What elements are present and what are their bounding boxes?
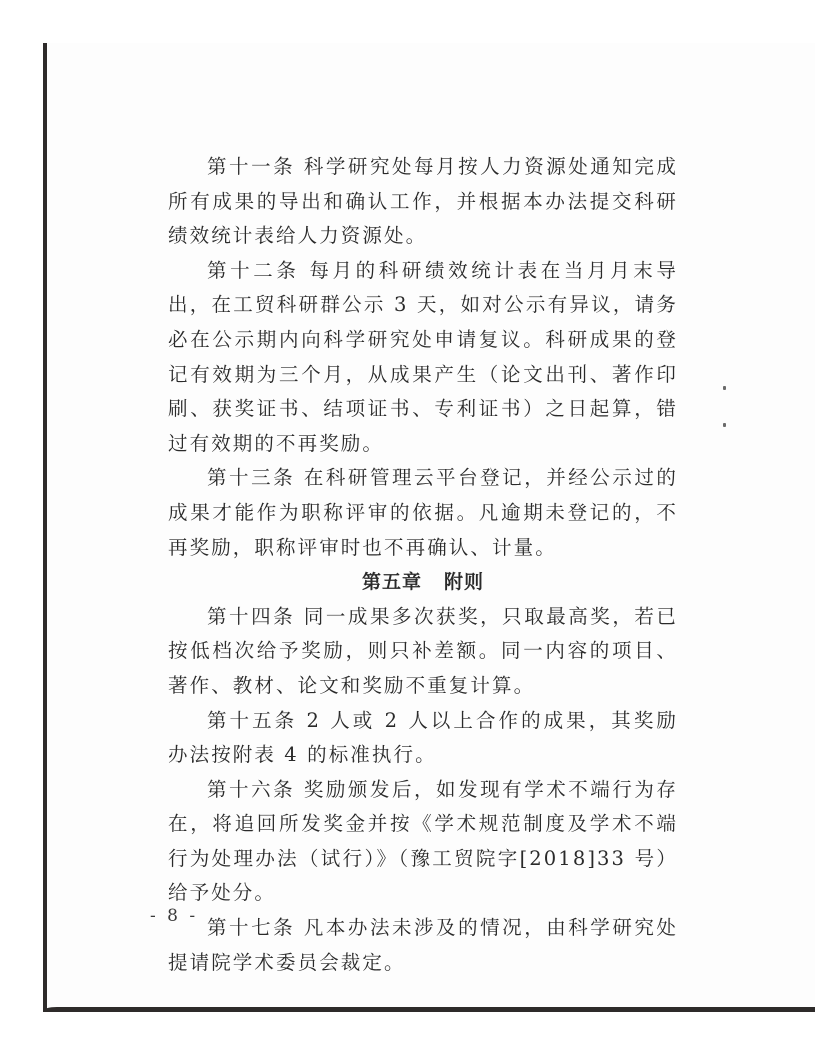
chapter-title: 附则	[444, 571, 484, 593]
article-13: 第十三条 在科研管理云平台登记，并经公示过的成果才能作为职称评审的依据。凡逾期未…	[168, 461, 678, 565]
article-17: 第十七条 凡本办法未涉及的情况，由科学研究处提请院学术委员会裁定。	[168, 911, 678, 980]
chapter-heading: 第五章附则	[168, 565, 678, 600]
scan-speck	[723, 423, 726, 427]
chapter-number: 第五章	[362, 571, 422, 593]
article-11: 第十一条 科学研究处每月按人力资源处通知完成所有成果的导出和确认工作，并根据本办…	[168, 150, 678, 254]
scan-left-edge-shadow	[43, 43, 47, 1012]
article-15: 第十五条 2 人或 2 人以上合作的成果，其奖励办法按附表 4 的标准执行。	[168, 704, 678, 773]
article-16: 第十六条 奖励颁发后，如发现有学术不端行为存在，将追回所发奖金并按《学术规范制度…	[168, 773, 678, 911]
page-number: - 8 -	[150, 906, 230, 926]
article-12: 第十二条 每月的科研绩效统计表在当月月末导出，在工贸科研群公示 3 天，如对公示…	[168, 254, 678, 462]
article-14: 第十四条 同一成果多次获奖，只取最高奖，若已按低档次给予奖励，则只补差额。同一内…	[168, 600, 678, 704]
document-body: 第十一条 科学研究处每月按人力资源处通知完成所有成果的导出和确认工作，并根据本办…	[168, 150, 678, 980]
scan-bottom-edge-shadow	[43, 1007, 815, 1012]
scan-speck	[723, 386, 726, 390]
